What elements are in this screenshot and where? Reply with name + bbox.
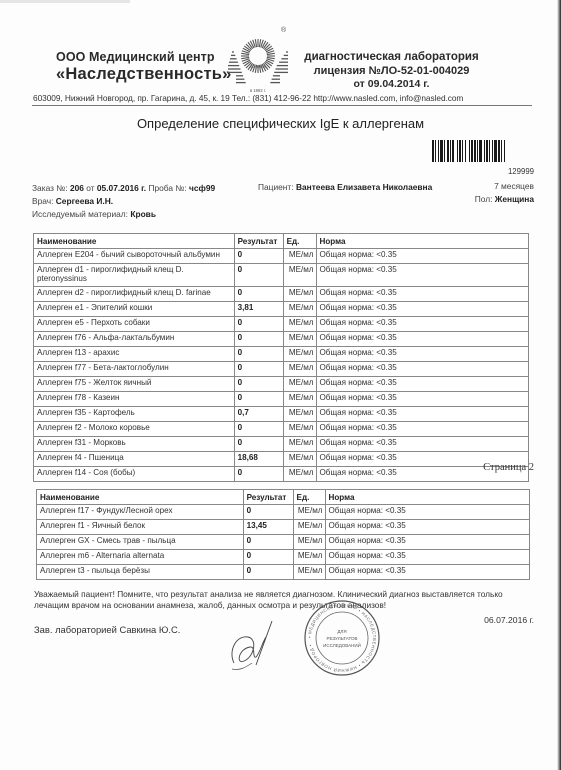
- svg-text:РЕЗУЛЬТАТОВ: РЕЗУЛЬТАТОВ: [326, 636, 357, 641]
- scan-artifact: [0, 0, 130, 3]
- cell-allergen-name: Аллерген f1 - Яичный белок: [37, 520, 244, 535]
- cell-unit: МЕ/мл: [293, 565, 325, 580]
- cell-norm: Общая норма: <0.35: [316, 347, 528, 362]
- cell-result: 3,81: [234, 302, 283, 317]
- cell-norm: Общая норма: <0.35: [316, 287, 528, 302]
- cell-unit: МЕ/мл: [283, 317, 316, 332]
- table-row: Аллерген e5 - Перхоть собаки0МЕ/млОбщая …: [34, 317, 529, 332]
- table-row: Аллерген f77 - Бета-лактоглобулин0МЕ/млО…: [34, 362, 529, 377]
- cell-allergen-name: Аллерген f31 - Морковь: [34, 437, 235, 452]
- barcode-icon: [432, 140, 534, 162]
- material-value: Кровь: [130, 209, 156, 219]
- results-table-page1: Наименование Результат Ед. Норма Аллерге…: [33, 233, 529, 482]
- cell-result: 0,7: [234, 407, 283, 422]
- cell-allergen-name: Аллерген f77 - Бета-лактоглобулин: [34, 362, 235, 377]
- table-row: Аллерген E204 - бычий сывороточный альбу…: [34, 249, 529, 264]
- cell-unit: МЕ/мл: [283, 287, 316, 302]
- cell-result: 0: [234, 249, 283, 264]
- license-number: лицензия №ЛО-52-01-004029: [304, 65, 479, 77]
- header-unit: Ед.: [283, 234, 316, 249]
- header-name: Наименование: [34, 234, 235, 249]
- cell-unit: МЕ/мл: [283, 302, 316, 317]
- sun-logo-icon: основан в 1992 г.: [222, 30, 294, 96]
- cell-norm: Общая норма: <0.35: [316, 249, 528, 264]
- table-row: Аллерген f13 - арахис0МЕ/млОбщая норма: …: [34, 347, 529, 362]
- table-row: Аллерген f75 - Желток яичный0МЕ/млОбщая …: [34, 377, 529, 392]
- cell-unit: МЕ/мл: [283, 362, 316, 377]
- cell-allergen-name: Аллерген e1 - Эпителий кошки: [34, 302, 235, 317]
- order-info: Заказ №: 206 от 05.07.2016 г. Проба №: ч…: [32, 183, 215, 193]
- sex-value: Женщина: [495, 194, 534, 204]
- document-title: Определение специфических IgE к аллерген…: [0, 116, 561, 131]
- head-of-laboratory: Зав. лабораторией Савкина Ю.С.: [34, 624, 180, 635]
- material-info: Исследуемый материал: Кровь: [32, 209, 156, 219]
- cell-unit: МЕ/мл: [283, 347, 316, 362]
- cell-norm: Общая норма: <0.35: [316, 302, 528, 317]
- cell-unit: МЕ/мл: [283, 422, 316, 437]
- cell-result: 0: [234, 422, 283, 437]
- cell-unit: МЕ/мл: [283, 467, 316, 482]
- patient-info: Пациент: Вантеева Елизавета Николаевна: [258, 182, 432, 192]
- patient-age: 7 месяцев: [460, 181, 534, 191]
- cell-allergen-name: Аллерген f35 - Картофель: [34, 407, 235, 422]
- cell-allergen-name: Аллерген f75 - Желток яичный: [34, 377, 235, 392]
- cell-norm: Общая норма: <0.35: [316, 377, 528, 392]
- table-row: Аллерген f17 - Фундук/Лесной орех0МЕ/млО…: [37, 505, 530, 520]
- barcode-number: 129999: [470, 167, 534, 176]
- cell-unit: МЕ/мл: [283, 377, 316, 392]
- cell-result: 0: [234, 287, 283, 302]
- cell-allergen-name: Аллерген m6 - Alternaria alternata: [37, 550, 244, 565]
- lab-name: диагностическая лаборатория: [304, 51, 479, 63]
- cell-norm: Общая норма: <0.35: [316, 317, 528, 332]
- cell-result: 0: [234, 332, 283, 347]
- cell-result: 18,68: [234, 452, 283, 467]
- svg-text:ДЛЯ: ДЛЯ: [337, 629, 346, 634]
- cell-unit: МЕ/мл: [283, 392, 316, 407]
- header-result: Результат: [234, 234, 283, 249]
- table-row: Аллерген f14 - Соя (бобы)0МЕ/млОбщая нор…: [34, 467, 529, 482]
- table-row: Аллерген t3 - пыльца берёзы0МЕ/млОбщая н…: [37, 565, 530, 580]
- patient-notice: Уважаемый пациент! Помните, что результа…: [34, 589, 534, 610]
- cell-allergen-name: Аллерген f2 - Молоко коровье: [34, 422, 235, 437]
- registered-mark: ®: [281, 27, 286, 34]
- order-label: Заказ №:: [32, 183, 68, 193]
- patient-name: Вантеева Елизавета Николаевна: [296, 182, 432, 192]
- table-row: Аллерген f1 - Яичный белок13,45МЕ/млОбща…: [37, 520, 530, 535]
- cell-unit: МЕ/мл: [293, 550, 325, 565]
- cell-allergen-name: Аллерген d2 - пироглифидный клещ D. fari…: [34, 287, 235, 302]
- cell-unit: МЕ/мл: [293, 520, 325, 535]
- patient-label: Пациент:: [258, 182, 294, 192]
- report-date: 06.07.2016 г.: [470, 615, 534, 625]
- cell-result: 0: [234, 317, 283, 332]
- cell-unit: МЕ/мл: [283, 332, 316, 347]
- org-name-line1: ООО Медицинский центр: [56, 50, 216, 64]
- svg-text:ИССЛЕДОВАНИЙ: ИССЛЕДОВАНИЙ: [323, 641, 361, 648]
- order-number: 206: [70, 183, 84, 193]
- cell-norm: Общая норма: <0.35: [316, 264, 528, 287]
- cell-allergen-name: Аллерген E204 - бычий сывороточный альбу…: [34, 249, 235, 264]
- header-result: Результат: [243, 490, 293, 505]
- table-row: Аллерген d2 - пироглифидный клещ D. fari…: [34, 287, 529, 302]
- table-row: Аллерген d1 - пироглифидный клещ D. pter…: [34, 264, 529, 287]
- cell-unit: МЕ/мл: [283, 452, 316, 467]
- header-unit: Ед.: [293, 490, 325, 505]
- cell-allergen-name: Аллерген GX - Смесь трав - пыльца: [37, 535, 244, 550]
- cell-allergen-name: Аллерген f17 - Фундук/Лесной орех: [37, 505, 244, 520]
- cell-result: 0: [234, 347, 283, 362]
- organization-name: ООО Медицинский центр «Наследственность»: [56, 50, 216, 84]
- table-row: Аллерген f4 - Пшеница18,68МЕ/млОбщая нор…: [34, 452, 529, 467]
- cell-result: 0: [234, 467, 283, 482]
- table-row: Аллерген f78 - Казеин0МЕ/млОбщая норма: …: [34, 392, 529, 407]
- cell-unit: МЕ/мл: [283, 407, 316, 422]
- table-row: Аллерген f31 - Морковь0МЕ/млОбщая норма:…: [34, 437, 529, 452]
- sample-label: Проба №:: [148, 183, 186, 193]
- cell-norm: Общая норма: <0.35: [325, 535, 530, 550]
- order-from-label: от: [86, 183, 94, 193]
- cell-unit: МЕ/мл: [293, 505, 325, 520]
- cell-norm: Общая норма: <0.35: [325, 550, 530, 565]
- org-name-line2: «Наследственность»: [56, 65, 216, 84]
- sex-label: Пол:: [475, 194, 493, 204]
- cell-unit: МЕ/мл: [293, 535, 325, 550]
- cell-result: 0: [243, 550, 293, 565]
- doctor-label: Врач:: [32, 196, 53, 206]
- signature-icon: [226, 613, 276, 675]
- cell-norm: Общая норма: <0.35: [325, 565, 530, 580]
- cell-result: 0: [243, 535, 293, 550]
- cell-result: 0: [234, 437, 283, 452]
- cell-result: 0: [234, 392, 283, 407]
- cell-allergen-name: Аллерген f13 - арахис: [34, 347, 235, 362]
- cell-result: 13,45: [243, 520, 293, 535]
- table-row: Аллерген e1 - Эпителий кошки3,81МЕ/млОбщ…: [34, 302, 529, 317]
- doctor-name: Сергеева И.Н.: [56, 196, 113, 206]
- cell-norm: Общая норма: <0.35: [316, 437, 528, 452]
- svg-text:основан: основан: [250, 64, 267, 69]
- header-name: Наименование: [37, 490, 244, 505]
- table-row: Аллерген f35 - Картофель0,7МЕ/млОбщая но…: [34, 407, 529, 422]
- header-norm: Норма: [316, 234, 528, 249]
- cell-result: 0: [234, 377, 283, 392]
- table-row: Аллерген GX - Смесь трав - пыльца0МЕ/млО…: [37, 535, 530, 550]
- cell-result: 0: [243, 505, 293, 520]
- doctor-info: Врач: Сергеева И.Н.: [32, 196, 113, 206]
- table-row: Аллерген f76 - Альфа-лактальбумин0МЕ/млО…: [34, 332, 529, 347]
- cell-result: 0: [234, 362, 283, 377]
- cell-result: 0: [243, 565, 293, 580]
- cell-norm: Общая норма: <0.35: [316, 332, 528, 347]
- laboratory-license: диагностическая лаборатория лицензия №ЛО…: [304, 51, 479, 90]
- cell-allergen-name: Аллерген f78 - Казеин: [34, 392, 235, 407]
- cell-unit: МЕ/мл: [283, 249, 316, 264]
- official-stamp-icon: • МЕДИЦИНСКИЙ ЦЕНТР • НАСЛЕДСТВЕННОСТЬ •…: [303, 599, 381, 677]
- header-norm: Норма: [325, 490, 530, 505]
- table-row: Аллерген m6 - Alternaria alternata0МЕ/мл…: [37, 550, 530, 565]
- sample-number: чсф99: [189, 183, 215, 193]
- cell-norm: Общая норма: <0.35: [316, 422, 528, 437]
- cell-unit: МЕ/мл: [283, 437, 316, 452]
- cell-allergen-name: Аллерген f4 - Пшеница: [34, 452, 235, 467]
- table-row: Аллерген f2 - Молоко коровье0МЕ/млОбщая …: [34, 422, 529, 437]
- patient-sex: Пол: Женщина: [440, 194, 534, 204]
- results-table-page2: Наименование Результат Ед. Норма Аллерге…: [36, 489, 530, 580]
- cell-norm: Общая норма: <0.35: [325, 520, 530, 535]
- material-label: Исследуемый материал:: [32, 209, 128, 219]
- cell-unit: МЕ/мл: [283, 264, 316, 287]
- cell-allergen-name: Аллерген f14 - Соя (бобы): [34, 467, 235, 482]
- cell-allergen-name: Аллерген f76 - Альфа-лактальбумин: [34, 332, 235, 347]
- cell-result: 0: [234, 264, 283, 287]
- cell-norm: Общая норма: <0.35: [316, 362, 528, 377]
- order-date: 05.07.2016 г.: [97, 183, 146, 193]
- license-date: от 09.04.2014 г.: [304, 78, 479, 90]
- cell-norm: Общая норма: <0.35: [325, 505, 530, 520]
- cell-allergen-name: Аллерген d1 - пироглифидный клещ D. pter…: [34, 264, 235, 287]
- cell-norm: Общая норма: <0.35: [316, 407, 528, 422]
- cell-allergen-name: Аллерген t3 - пыльца берёзы: [37, 565, 244, 580]
- header-divider: [32, 105, 532, 106]
- lab-report-page: ООО Медицинский центр «Наследственность»…: [0, 0, 561, 770]
- cell-allergen-name: Аллерген e5 - Перхоть собаки: [34, 317, 235, 332]
- address-contacts: 603009, Нижний Новгород, пр. Гагарина, д…: [33, 93, 463, 103]
- page-number: Страница 2: [470, 462, 534, 473]
- cell-norm: Общая норма: <0.35: [316, 392, 528, 407]
